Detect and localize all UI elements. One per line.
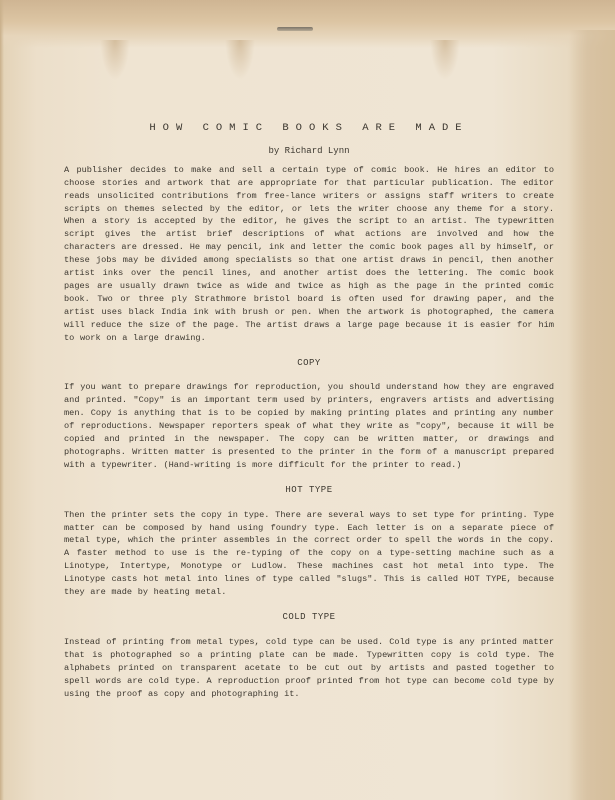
hot-type-paragraph: Then the printer sets the copy in type. … xyxy=(64,509,554,599)
paper-fold-stain xyxy=(0,0,615,48)
paper-left-edge xyxy=(0,0,4,800)
section-heading-cold-type: COLD TYPE xyxy=(64,611,554,624)
cold-type-paragraph: Instead of printing from metal types, co… xyxy=(64,636,554,701)
section-heading-copy: COPY xyxy=(64,357,554,370)
water-stain xyxy=(225,40,255,80)
document-body: HOW COMIC BOOKS ARE MADE by Richard Lynn… xyxy=(64,122,554,700)
staple-icon xyxy=(277,27,313,31)
water-stain xyxy=(100,40,130,80)
intro-paragraph: A publisher decides to make and sell a c… xyxy=(64,164,554,345)
section-heading-hot-type: HOT TYPE xyxy=(64,484,554,497)
water-stain xyxy=(430,40,460,80)
copy-paragraph: If you want to prepare drawings for repr… xyxy=(64,381,554,471)
document-page: HOW COMIC BOOKS ARE MADE by Richard Lynn… xyxy=(0,0,615,800)
document-title: HOW COMIC BOOKS ARE MADE xyxy=(64,122,554,135)
document-byline: by Richard Lynn xyxy=(64,145,554,158)
paper-right-stain xyxy=(569,30,615,800)
